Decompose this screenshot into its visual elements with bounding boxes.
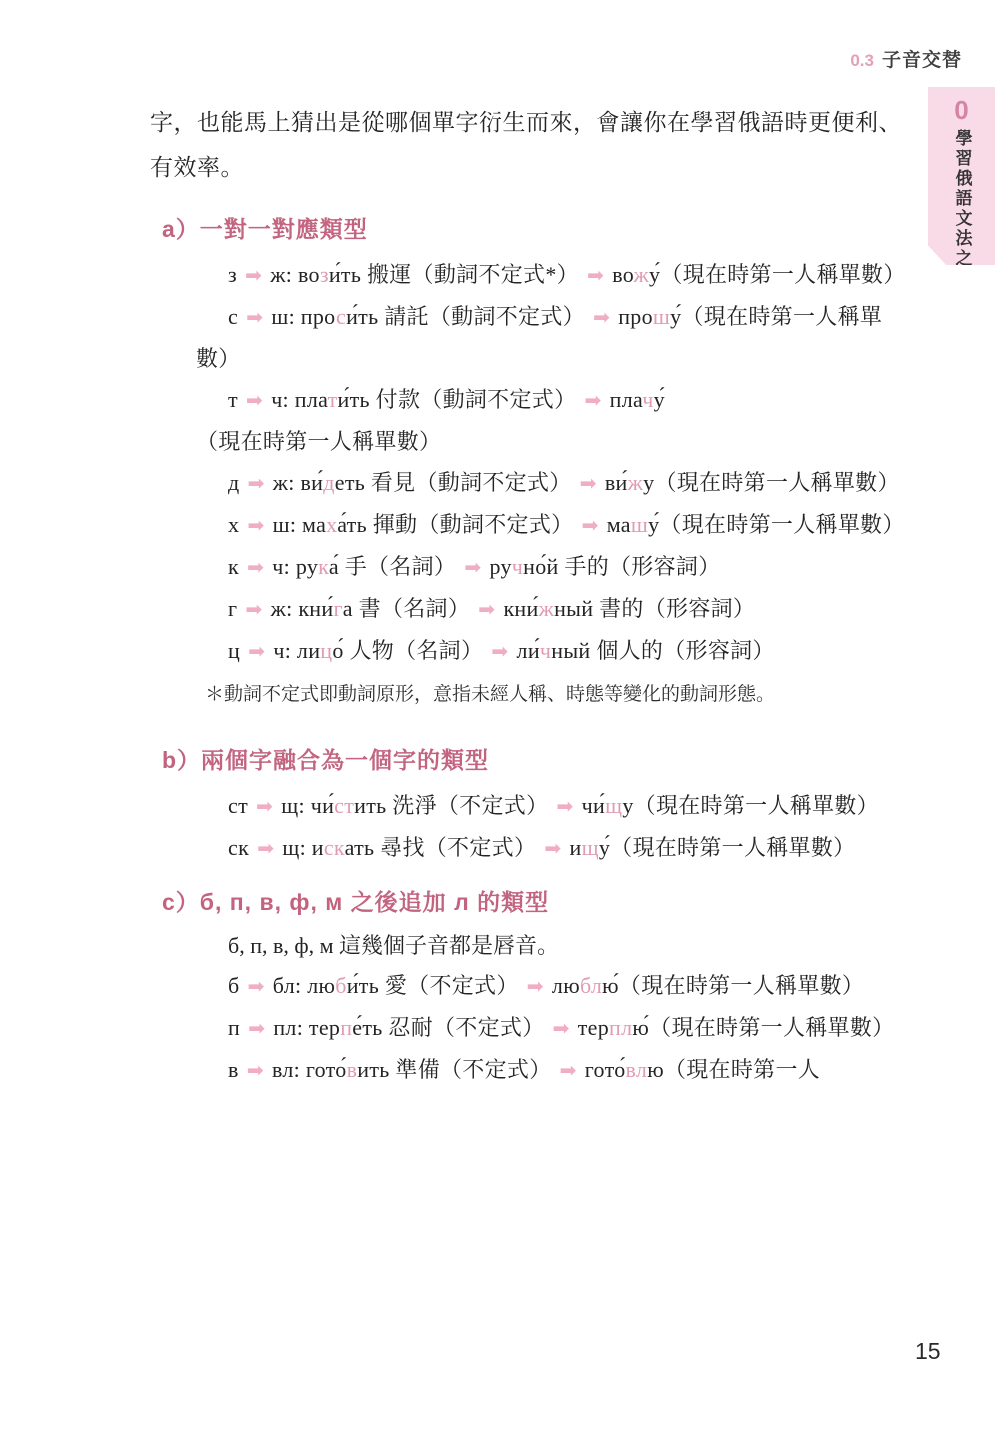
example-text: （現在時第一人 — [664, 1057, 820, 1082]
example-text: е́ть — [352, 1015, 382, 1040]
section-b-heading: b）兩個字融合為一個字的類型 — [162, 743, 906, 777]
example-text: ли́ — [517, 638, 540, 663]
section-number: 0.3 — [850, 51, 874, 70]
alternating-letter: х — [326, 512, 337, 537]
example-text: о́ — [332, 638, 343, 663]
alternating-letter: г — [333, 596, 342, 621]
example-text: б — [228, 973, 240, 998]
alternating-letter: к — [318, 554, 329, 579]
alternating-letter: ск — [324, 835, 345, 860]
example-text: во — [612, 262, 633, 287]
example-text: пл: — [273, 1015, 309, 1040]
example-text: ить — [357, 1057, 389, 1082]
example-text: ч: — [273, 638, 297, 663]
alternating-letter: щ — [605, 793, 622, 818]
example-text: в — [228, 1057, 239, 1082]
example-text: ма — [607, 512, 631, 537]
right-arrow-icon: ➡ — [245, 263, 262, 287]
example-text: ж: — [270, 262, 298, 287]
right-arrow-icon: ➡ — [580, 471, 597, 495]
example-a-1: з➡ж: вози́ть 搬運（動詞不定式*）➡вожу́（現在時第一人稱單數） — [196, 254, 906, 296]
alternating-letter: ч — [540, 638, 551, 663]
example-text: еть — [335, 470, 365, 495]
alternating-letter: с — [336, 304, 346, 329]
example-text: ать — [345, 835, 375, 860]
example-text: ма — [302, 512, 326, 537]
example-text: кни́ — [503, 596, 538, 621]
example-a-7: г➡ж: кни́га 書（名詞）➡кни́жный 書的（形容詞） — [196, 588, 906, 630]
alternating-letter: бл — [580, 973, 602, 998]
example-text: ви́ — [605, 470, 628, 495]
page-content: 字，也能馬上猜出是從哪個單字衍生而來，會讓你在學習俄語時更便利、有效率。 a）一… — [150, 100, 906, 1091]
example-text: д — [228, 470, 240, 495]
alternating-letter: вл — [626, 1057, 648, 1082]
example-text: ю — [647, 1057, 664, 1082]
example-text: （現在時第一人稱單數） — [660, 262, 905, 287]
alternating-letter: ст — [334, 793, 354, 818]
example-b-2: ск➡щ: искать 尋找（不定式）➡ищу́（現在時第一人稱單數） — [196, 827, 906, 869]
example-text: 尋找（不定式） — [374, 835, 536, 860]
example-a-4: д➡ж: ви́деть 看見（動詞不定式）➡ви́жу（現在時第一人稱單數） — [196, 462, 906, 504]
example-text: 看見（動詞不定式） — [365, 470, 572, 495]
example-text: г — [228, 596, 237, 621]
example-text: кни́ — [298, 596, 333, 621]
example-text: тер — [309, 1015, 340, 1040]
example-text: у́ — [670, 304, 681, 329]
alternating-letter: з — [320, 262, 329, 287]
alternating-letter: б — [335, 973, 347, 998]
footnote: ＊動詞不定式即動詞原形，意指未經人稱、時態等變化的動詞形態。 — [205, 680, 906, 709]
example-text: и́ть — [346, 304, 378, 329]
example-text: у́ — [649, 262, 660, 287]
right-arrow-icon: ➡ — [247, 1058, 264, 1082]
page-header: 0.3子音交替 — [850, 50, 962, 72]
right-arrow-icon: ➡ — [581, 513, 598, 537]
section-c-lead: б, п, в, ф, м 這幾個子音都是唇音。 — [228, 927, 906, 965]
example-text: ш: — [271, 304, 300, 329]
example-text: ст — [228, 793, 248, 818]
example-text: ш: — [273, 512, 302, 537]
example-text: （現在時第一人稱單數） — [619, 973, 864, 998]
example-text: ч: — [271, 387, 295, 412]
example-text: 書的（形容詞） — [593, 596, 755, 621]
example-text: х — [228, 512, 239, 537]
example-text: и́ть — [347, 973, 379, 998]
example-text: а́ть — [337, 512, 367, 537]
right-arrow-icon: ➡ — [248, 1016, 265, 1040]
example-text: чи́ — [582, 793, 605, 818]
alternating-letter: п — [340, 1015, 352, 1040]
example-text: у́ — [648, 512, 659, 537]
alternating-letter: ж — [628, 470, 644, 495]
example-a-2: с➡ш: проси́ть 請託（動詞不定式）➡прошу́（現在時第一人稱單數… — [196, 296, 906, 379]
example-c-1: б➡бл: люби́ть 愛（不定式）➡люблю́（現在時第一人稱單數） — [196, 965, 906, 1007]
example-text: бл: — [273, 973, 307, 998]
example-text: и́ть — [338, 387, 370, 412]
example-text: ч: — [272, 554, 296, 579]
example-text: и́ть — [329, 262, 361, 287]
example-text: но́й — [523, 554, 558, 579]
book-page: 0.3子音交替 0 學習俄語文法之前 字，也能馬上猜出是從哪個單字衍生而來，會讓… — [0, 0, 1000, 1432]
example-text: ру — [296, 554, 318, 579]
example-text: з — [228, 262, 237, 287]
right-arrow-icon: ➡ — [256, 794, 273, 818]
example-text: п — [228, 1015, 240, 1040]
right-arrow-icon: ➡ — [544, 836, 561, 860]
section-c: c）б, п, в, ф, м 之後追加 л 的類型б, п, в, ф, м … — [150, 885, 906, 1091]
right-arrow-icon: ➡ — [553, 1016, 570, 1040]
right-arrow-icon: ➡ — [478, 597, 495, 621]
example-text: пла — [295, 387, 328, 412]
example-text: ви́ — [300, 470, 323, 495]
example-text: с — [228, 304, 238, 329]
alternating-letter: ш — [653, 304, 670, 329]
example-c-3: в➡вл: гото́вить 準備（不定式）➡гото́влю（現在時第一人 — [196, 1049, 906, 1091]
example-text: и — [570, 835, 582, 860]
section-a-heading: a）一對一對應類型 — [162, 212, 906, 246]
example-text: 個人的（形容詞） — [591, 638, 775, 663]
example-a-5: х➡ш: маха́ть 揮動（動詞不定式）➡машу́（現在時第一人稱單數） — [196, 504, 906, 546]
alternating-letter: д — [323, 470, 335, 495]
page-number: 15 — [915, 1338, 941, 1365]
right-arrow-icon: ➡ — [584, 388, 601, 412]
example-text: вл: — [272, 1057, 306, 1082]
alternating-letter: пл — [609, 1015, 632, 1040]
example-text: ный — [554, 596, 593, 621]
example-text: 搬運（動詞不定式*） — [361, 262, 579, 287]
section-b: b）兩個字融合為一個字的類型ст➡щ: чи́стить 洗淨（不定式）➡чи́… — [150, 743, 906, 869]
chapter-tab-label: 學習俄語文法之前 — [952, 129, 972, 289]
example-text: ли — [297, 638, 320, 663]
chapter-number: 0 — [928, 95, 995, 125]
example-text: （現在時第一人稱單數） — [659, 512, 904, 537]
example-text: ж: — [273, 470, 301, 495]
example-text: и — [312, 835, 324, 860]
example-text: лю — [552, 973, 580, 998]
example-text: ск — [228, 835, 249, 860]
example-text: про — [301, 304, 336, 329]
right-arrow-icon: ➡ — [257, 836, 274, 860]
example-text: гото́ — [306, 1057, 347, 1082]
right-arrow-icon: ➡ — [248, 974, 265, 998]
chapter-tab: 0 學習俄語文法之前 — [928, 87, 995, 265]
example-text: щ: — [281, 793, 310, 818]
example-text: 人物（名詞） — [344, 638, 484, 663]
example-text: т — [228, 387, 238, 412]
example-text: ю́ — [632, 1015, 649, 1040]
example-text: 準備（不定式） — [390, 1057, 552, 1082]
example-text: 付款（動詞不定式） — [370, 387, 577, 412]
example-text: у — [622, 793, 633, 818]
alternating-letter: ц — [320, 638, 332, 663]
example-text: ный — [551, 638, 590, 663]
right-arrow-icon: ➡ — [593, 305, 610, 329]
right-arrow-icon: ➡ — [246, 305, 263, 329]
example-text: гото́ — [585, 1057, 626, 1082]
example-text: （現在時第一人稱單數） — [634, 793, 879, 818]
example-text: ц — [228, 638, 240, 663]
right-arrow-icon: ➡ — [248, 639, 265, 663]
example-text: ить — [354, 793, 386, 818]
example-a-6: к➡ч: рука́ 手（名詞）➡ручно́й 手的（形容詞） — [196, 546, 906, 588]
example-text: у́ — [599, 835, 610, 860]
example-text: ру — [489, 554, 511, 579]
example-text: а — [343, 596, 353, 621]
right-arrow-icon: ➡ — [491, 639, 508, 663]
example-text: про — [618, 304, 653, 329]
example-c-2: п➡пл: терпе́ть 忍耐（不定式）➡терплю́（現在時第一人稱單數… — [196, 1007, 906, 1049]
example-text: к — [228, 554, 239, 579]
example-text: ю́ — [602, 973, 619, 998]
alternating-letter: в — [347, 1057, 358, 1082]
sections: a）一對一對應類型з➡ж: вози́ть 搬運（動詞不定式*）➡вожу́（現… — [150, 212, 906, 1091]
example-b-1: ст➡щ: чи́стить 洗淨（不定式）➡чи́щу（現在時第一人稱單數） — [196, 785, 906, 827]
example-text: 揮動（動詞不定式） — [367, 512, 574, 537]
right-arrow-icon: ➡ — [246, 388, 263, 412]
section-c-heading: c）б, п, в, ф, м 之後追加 л 的類型 — [162, 885, 906, 919]
alternating-letter: ж — [539, 596, 555, 621]
example-text: щ: — [282, 835, 311, 860]
example-a-8: ц➡ч: лицо́ 人物（名詞）➡ли́чный 個人的（形容詞） — [196, 630, 906, 672]
right-arrow-icon: ➡ — [247, 513, 264, 537]
alternating-letter: ж — [634, 262, 650, 287]
intro-paragraph: 字，也能馬上猜出是從哪個單字衍生而來，會讓你在學習俄語時更便利、有效率。 — [150, 100, 906, 190]
example-text: 書（名詞） — [353, 596, 470, 621]
right-arrow-icon: ➡ — [248, 471, 265, 495]
example-text: лю — [307, 973, 335, 998]
example-text: чи́ — [311, 793, 334, 818]
alternating-letter: ш — [631, 512, 648, 537]
example-text: 手的（形容詞） — [559, 554, 721, 579]
example-text: тер — [578, 1015, 609, 1040]
right-arrow-icon: ➡ — [245, 597, 262, 621]
right-arrow-icon: ➡ — [527, 974, 544, 998]
right-arrow-icon: ➡ — [560, 1058, 577, 1082]
example-text: 愛（不定式） — [379, 973, 519, 998]
section-a: a）一對一對應類型з➡ж: вози́ть 搬運（動詞不定式*）➡вожу́（現… — [150, 212, 906, 709]
section-title: 子音交替 — [882, 50, 962, 71]
right-arrow-icon: ➡ — [587, 263, 604, 287]
right-arrow-icon: ➡ — [247, 555, 264, 579]
example-text: во — [298, 262, 320, 287]
example-text: （現在時第一人稱單數） — [649, 1015, 894, 1040]
alternating-letter: щ — [582, 835, 599, 860]
alternating-letter: ч — [512, 554, 523, 579]
example-text: у — [643, 470, 654, 495]
alternating-letter: ч — [642, 387, 653, 412]
right-arrow-icon: ➡ — [556, 794, 573, 818]
example-text: 手（名詞） — [339, 554, 456, 579]
example-text: ж: — [271, 596, 299, 621]
example-text: （現在時第一人稱單數） — [196, 429, 441, 454]
example-text: （現在時第一人稱單數） — [654, 470, 899, 495]
example-text: 請託（動詞不定式） — [378, 304, 585, 329]
example-text: у́ — [654, 387, 665, 412]
example-text: а́ — [329, 554, 339, 579]
alternating-letter: т — [328, 387, 338, 412]
example-a-3: т➡ч: плати́ть 付款（動詞不定式）➡плачу́（現在時第一人稱單數… — [196, 379, 906, 462]
example-text: 洗淨（不定式） — [386, 793, 548, 818]
example-text: （現在時第一人稱單數） — [610, 835, 855, 860]
example-text: 忍耐（不定式） — [383, 1015, 545, 1040]
example-text: пла — [610, 387, 643, 412]
right-arrow-icon: ➡ — [464, 555, 481, 579]
